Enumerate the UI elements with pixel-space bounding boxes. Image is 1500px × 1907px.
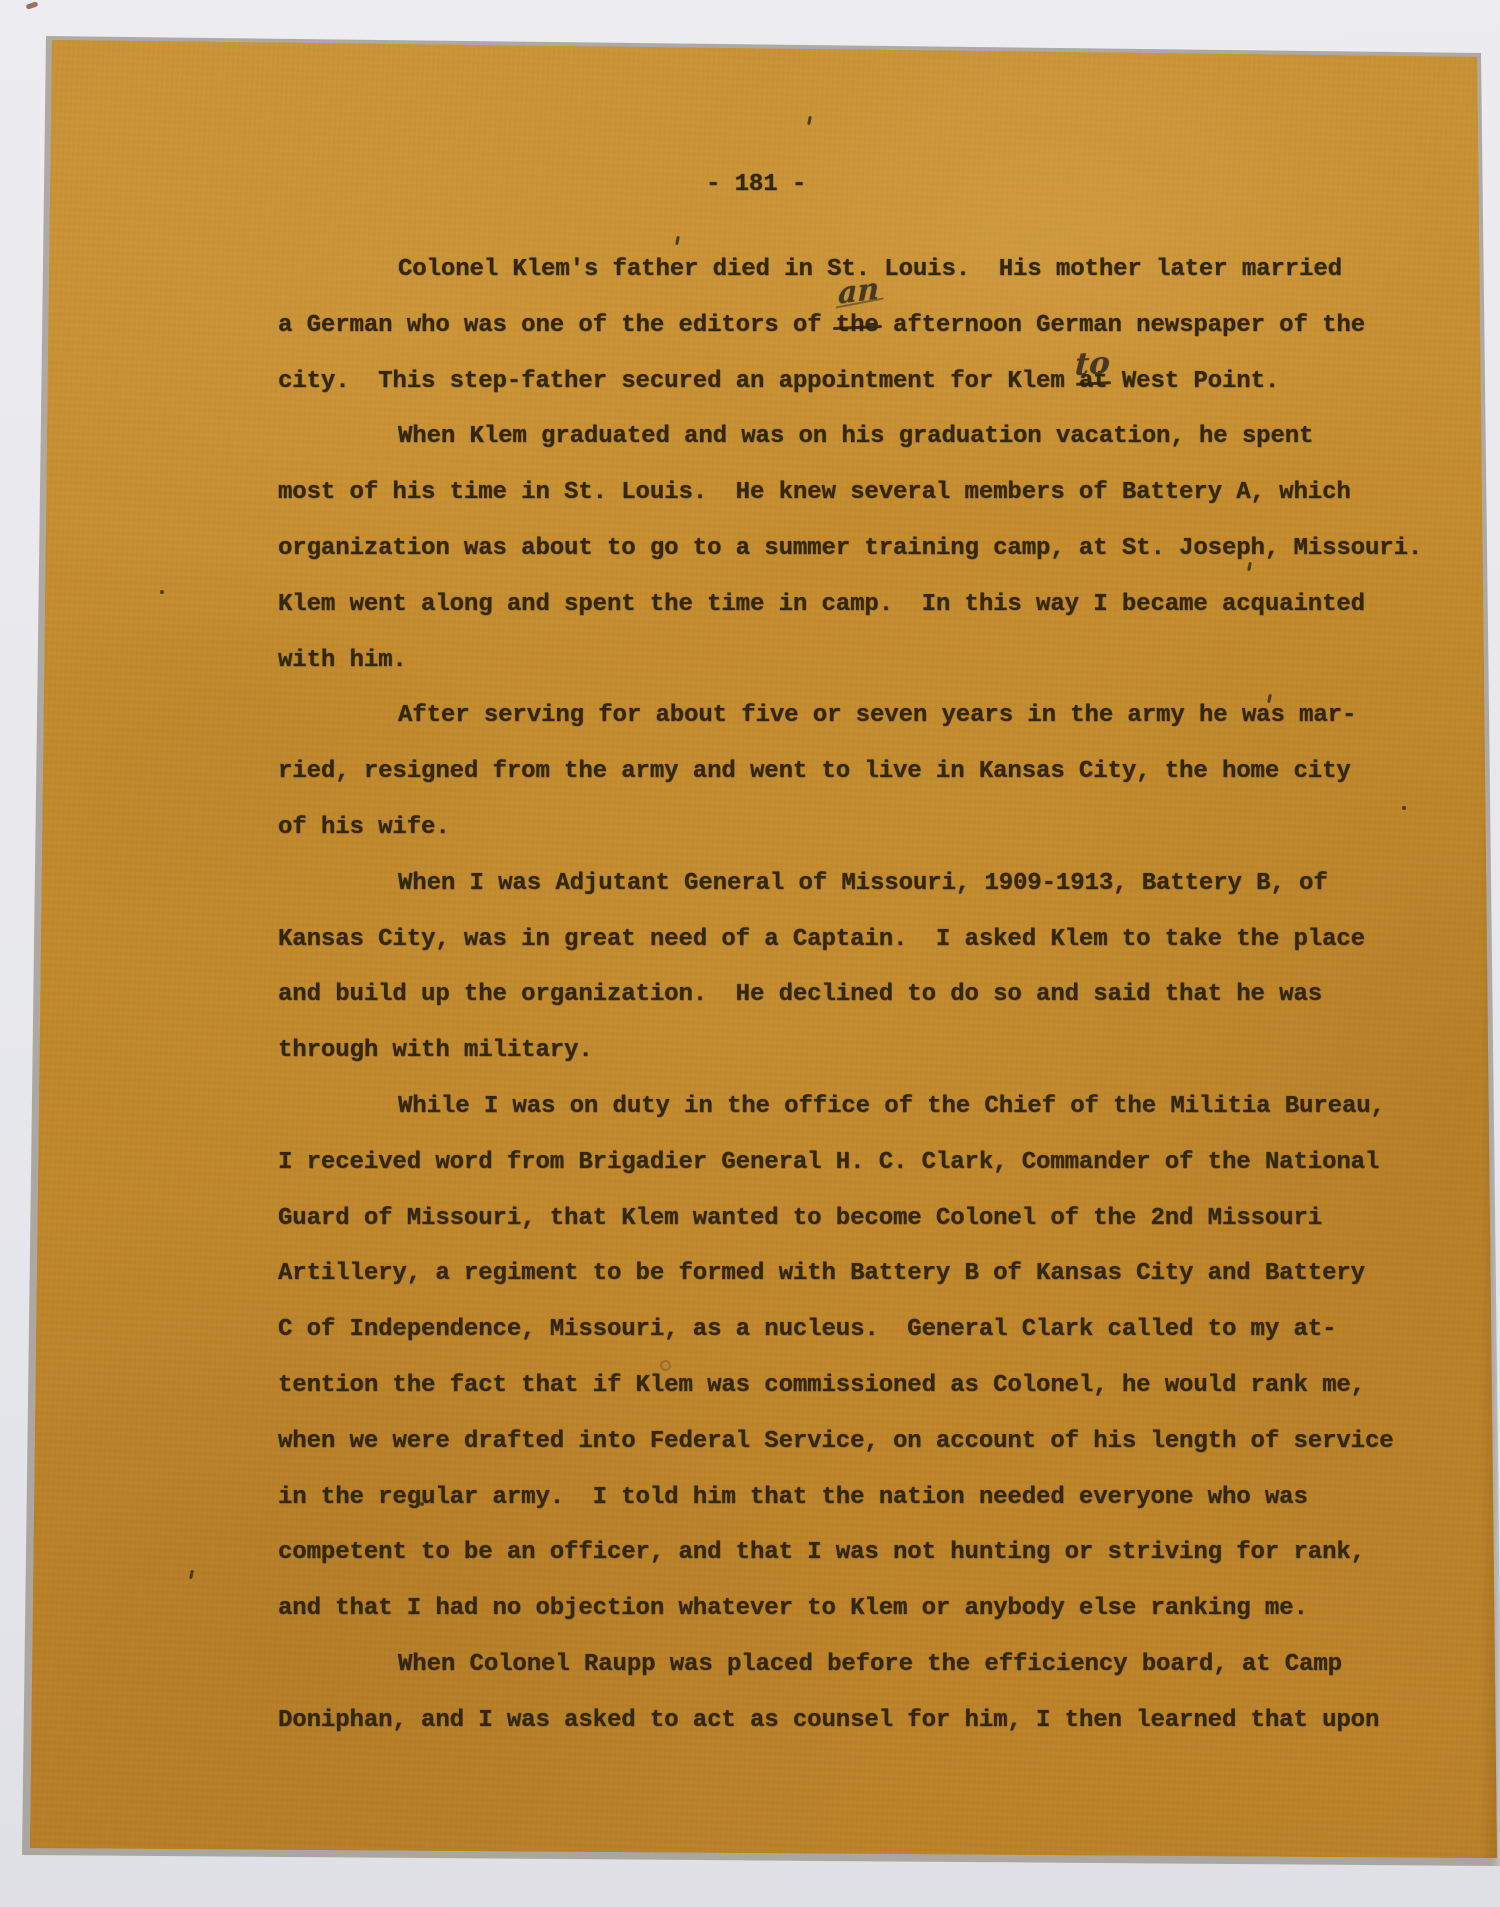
typed-line: and that I had no objection whatever to … [278,1593,1308,1625]
handwritten-correction: to [1074,347,1110,381]
typed-line: and build up the organization. He declin… [278,979,1322,1011]
struck-text: the [836,312,879,339]
typed-line: After serving for about five or seven ye… [398,700,1356,732]
ink-speck [807,116,812,125]
typed-line: with him. [278,645,407,677]
typed-line: organization was about to go to a summer… [278,533,1422,565]
typed-line: While I was on duty in the office of the… [398,1091,1385,1123]
typed-line: When Klem graduated and was on his gradu… [398,421,1313,453]
typed-line: When I was Adjutant General of Missouri,… [398,868,1328,900]
ink-speck [1247,562,1252,571]
typed-line: competent to be an officer, and that I w… [278,1537,1365,1569]
typed-line: Klem went along and spent the time in ca… [278,589,1365,621]
ink-speck [660,1360,671,1371]
page-number: - 181 - [706,169,806,201]
scan-artifact-mark [26,1,39,9]
typed-line: Guard of Missouri, that Klem wanted to b… [278,1203,1322,1235]
paper-sheet: - 181 - Colonel Klem's father died in St… [0,0,1500,1907]
typed-line: city. This step-father secured an appoin… [278,366,1279,398]
corrected-word: atto [1079,366,1108,398]
ink-speck [189,1570,194,1579]
typed-line: I received word from Brigadier General H… [278,1147,1379,1179]
ink-speck [675,236,680,245]
typed-line: of his wife. [278,812,450,844]
typed-line: most of his time in St. Louis. He knew s… [278,477,1351,509]
typed-line: when we were drafted into Federal Servic… [278,1426,1394,1458]
ink-speck [1402,806,1406,810]
typed-line: a German who was one of the editors of t… [278,310,1365,342]
typed-line: Artillery, a regiment to be formed with … [278,1258,1365,1290]
scanned-document-page: - 181 - Colonel Klem's father died in St… [0,0,1500,1907]
typed-line: C of Independence, Missouri, as a nucleu… [278,1314,1336,1346]
ink-speck [420,1502,424,1506]
typed-line: Kansas City, was in great need of a Capt… [278,924,1365,956]
typed-line: through with military. [278,1035,593,1067]
handwritten-correction: an [838,273,879,310]
typed-line: ried, resigned from the army and went to… [278,756,1351,788]
typed-line: in the regular army. I told him that the… [278,1482,1308,1514]
typed-line: tention the fact that if Klem was commis… [278,1370,1365,1402]
typed-line: Doniphan, and I was asked to act as coun… [278,1705,1379,1737]
corrected-word: thean [836,310,879,342]
ink-speck [160,590,164,594]
typed-line: When Colonel Raupp was placed before the… [398,1649,1342,1681]
